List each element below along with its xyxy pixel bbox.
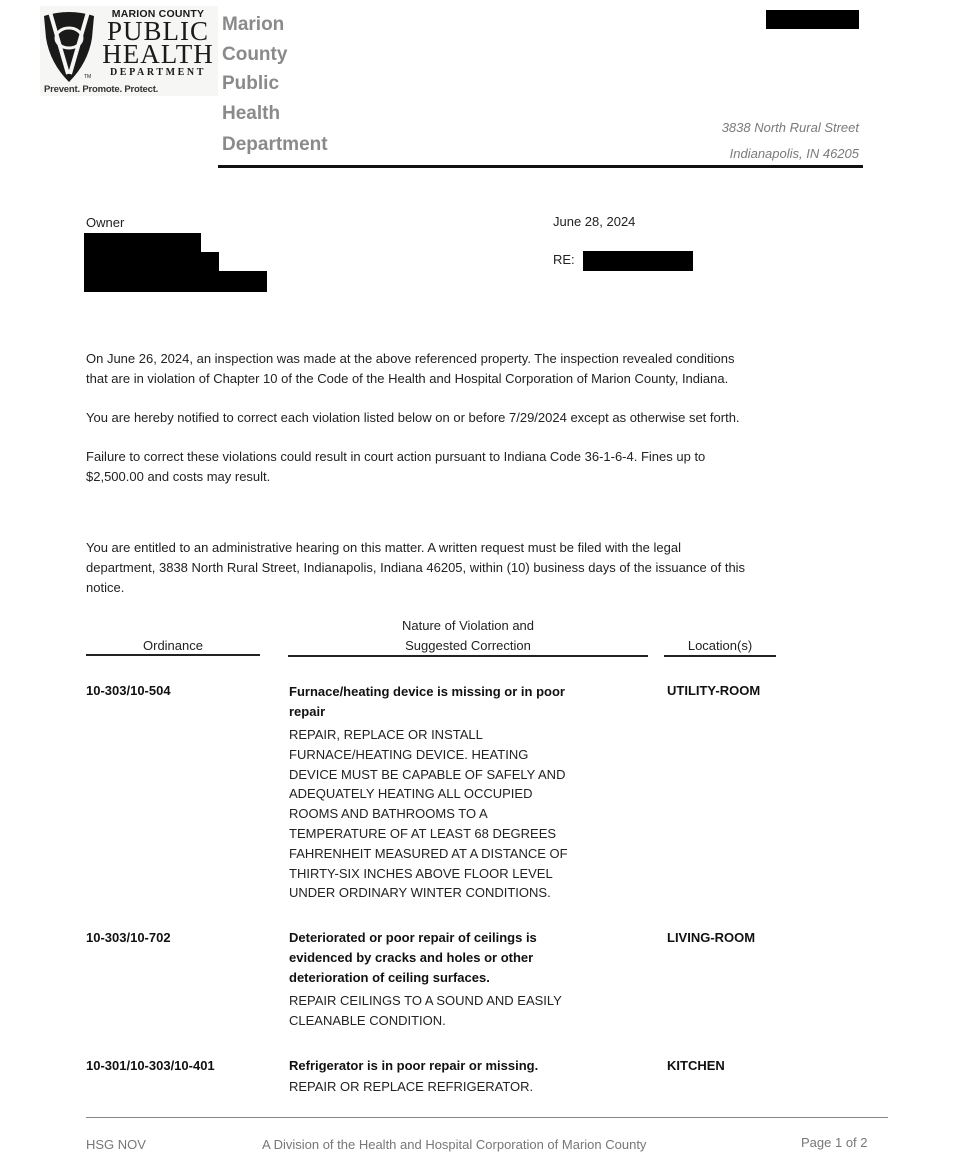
header-location-underline — [664, 655, 776, 657]
letter-date: June 28, 2024 — [553, 212, 635, 232]
header-location: Location(s) — [664, 636, 776, 656]
violation-description: Deteriorated or poor repair of ceilings … — [289, 928, 619, 1031]
health-department-logo: TM MARION COUNTY PUBLIC HEALTH DEPARTMEN… — [40, 6, 218, 96]
violation-description: Refrigerator is in poor repair or missin… — [289, 1056, 619, 1097]
ordinance-code: 10-303/10-702 — [86, 930, 171, 945]
header-divider — [218, 165, 863, 168]
footer-division-text: A Division of the Health and Hospital Co… — [262, 1137, 646, 1152]
footer-form-code: HSG NOV — [86, 1137, 146, 1152]
shield-v-emblem-icon: TM — [40, 8, 98, 86]
svg-text:TM: TM — [84, 74, 91, 80]
suggested-correction: REPAIR, REPLACE OR INSTALL FURNACE/HEATI… — [289, 725, 619, 903]
footer-page-number: Page 1 of 2 — [801, 1135, 868, 1150]
paragraph-hearing: You are entitled to an administrative he… — [86, 538, 745, 598]
suggested-correction: REPAIR OR REPLACE REFRIGERATOR. — [289, 1077, 619, 1097]
logo-tagline: Prevent. Promote. Protect. — [44, 84, 158, 95]
violation-title: Furnace/heating device is missing or in … — [289, 682, 589, 722]
re-label: RE: — [553, 250, 575, 270]
paragraph-penalty: Failure to correct these violations coul… — [86, 447, 705, 487]
address-city: Indianapolis, IN 46205 — [730, 146, 859, 161]
footer-divider — [86, 1117, 888, 1118]
owner-label: Owner — [86, 213, 124, 233]
ordinance-code: 10-303/10-504 — [86, 683, 171, 698]
header-nature-underline — [288, 655, 648, 657]
logo-health-text: HEALTH — [98, 43, 218, 66]
violation-title: Refrigerator is in poor repair or missin… — [289, 1056, 589, 1076]
violation-location: UTILITY-ROOM — [667, 683, 760, 698]
violation-title: Deteriorated or poor repair of ceilings … — [289, 928, 589, 988]
paragraph-inspection: On June 26, 2024, an inspection was made… — [86, 349, 735, 389]
redacted-header-id — [766, 10, 859, 29]
header-ordinance-underline — [86, 654, 260, 656]
suggested-correction: REPAIR CEILINGS TO A SOUND AND EASILY CL… — [289, 991, 619, 1031]
department-name: Marion County Public Health Department — [222, 10, 328, 160]
logo-department-text: DEPARTMENT — [98, 67, 218, 78]
violation-location: KITCHEN — [667, 1058, 725, 1073]
violation-description: Furnace/heating device is missing or in … — [289, 682, 619, 903]
address-street: 3838 North Rural Street — [722, 120, 859, 135]
ordinance-code: 10-301/10-303/10-401 — [86, 1058, 215, 1073]
header-ordinance: Ordinance — [86, 636, 260, 656]
paragraph-deadline: You are hereby notified to correct each … — [86, 408, 740, 428]
redacted-re-reference — [583, 251, 693, 271]
violation-location: LIVING-ROOM — [667, 930, 755, 945]
header-nature: Nature of Violation and Suggested Correc… — [288, 616, 648, 656]
